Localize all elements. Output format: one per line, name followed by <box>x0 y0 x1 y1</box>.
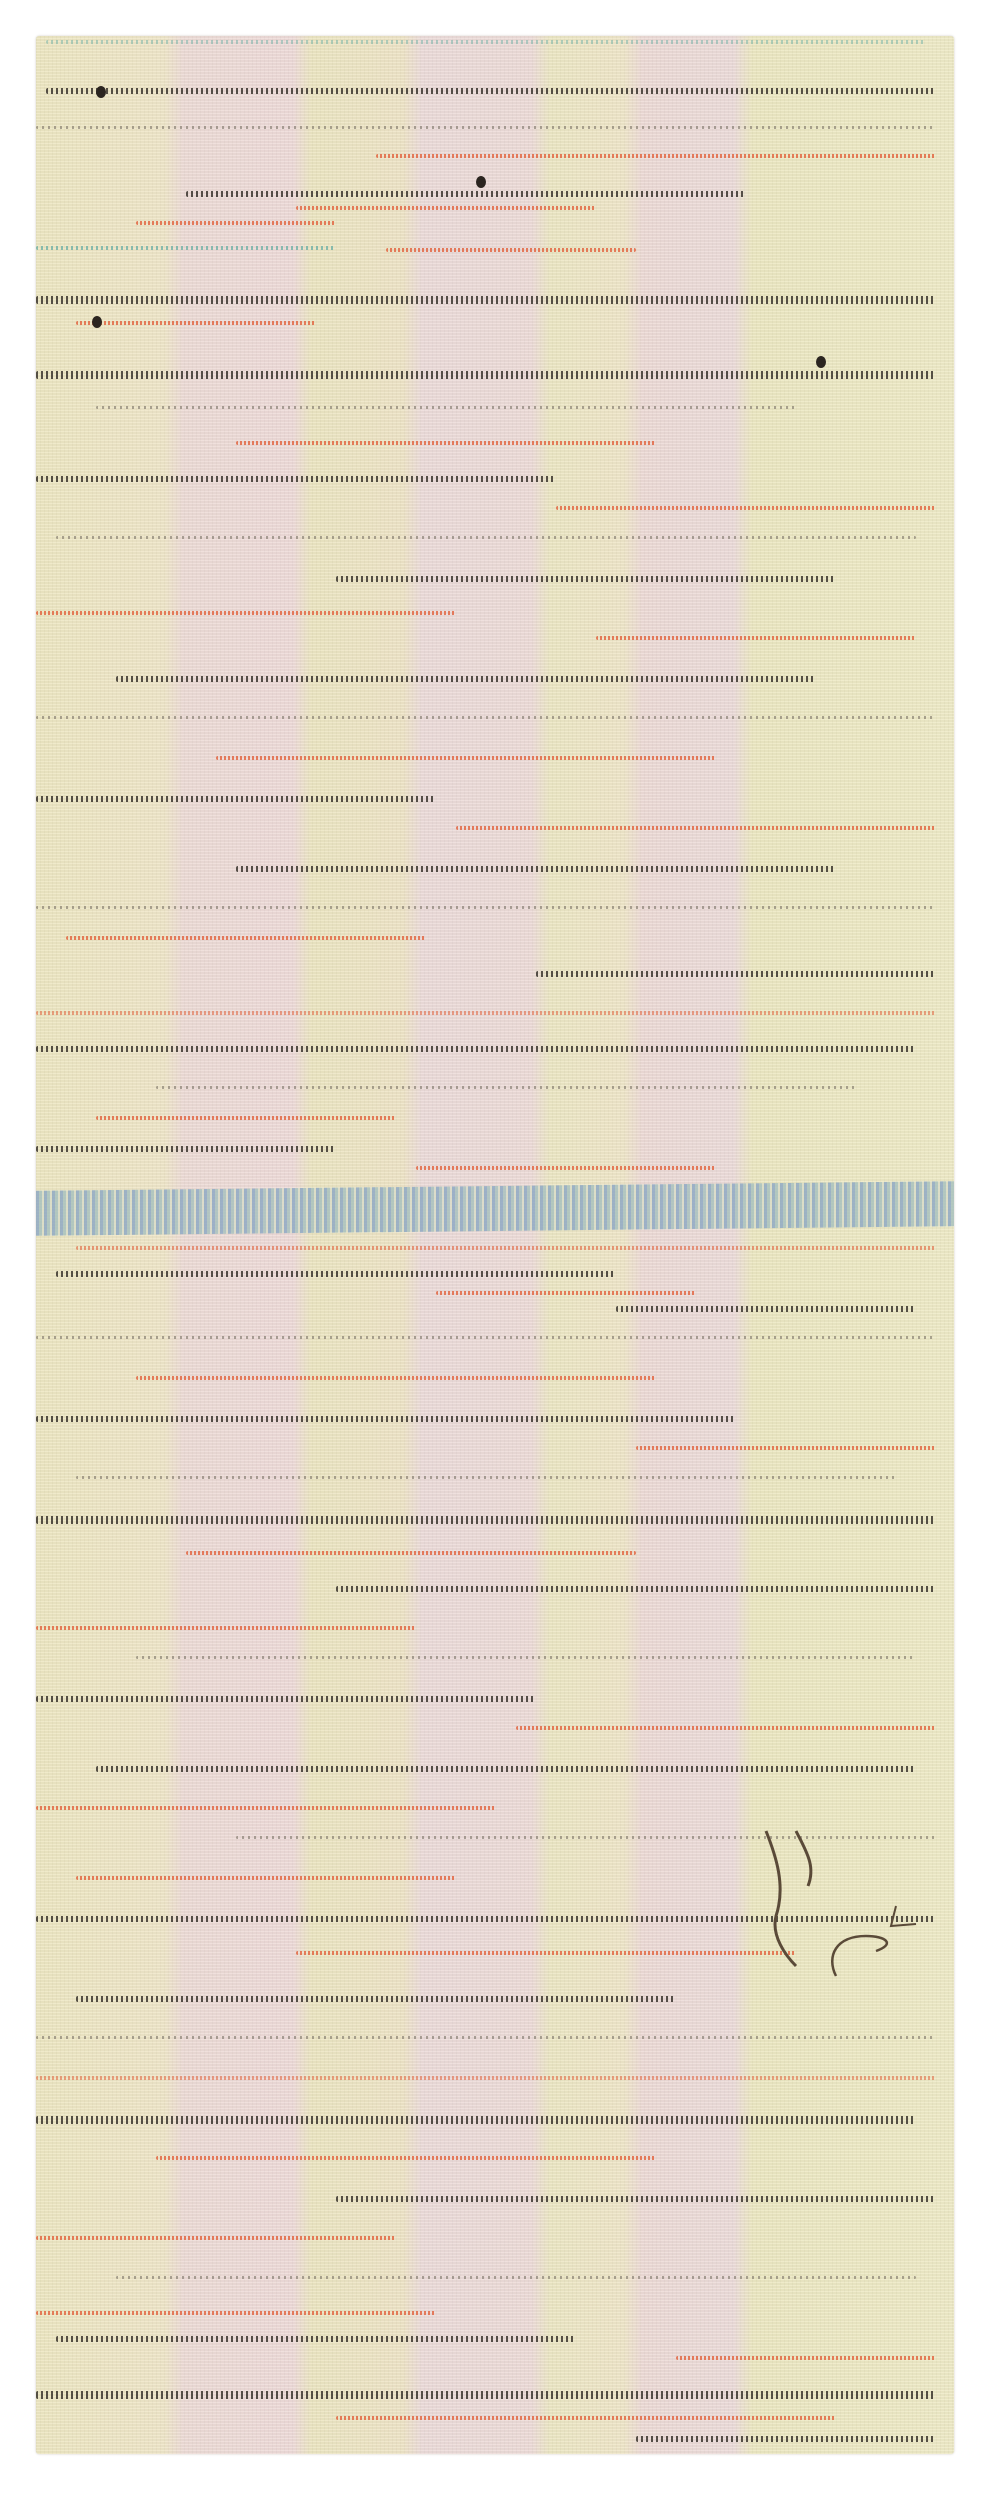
knot <box>476 176 486 188</box>
weft-streaks-lower <box>36 36 954 2454</box>
knot <box>96 86 106 98</box>
loose-thread <box>756 1826 936 1986</box>
rug <box>36 36 954 2454</box>
knot <box>92 316 102 328</box>
knot <box>816 356 826 368</box>
